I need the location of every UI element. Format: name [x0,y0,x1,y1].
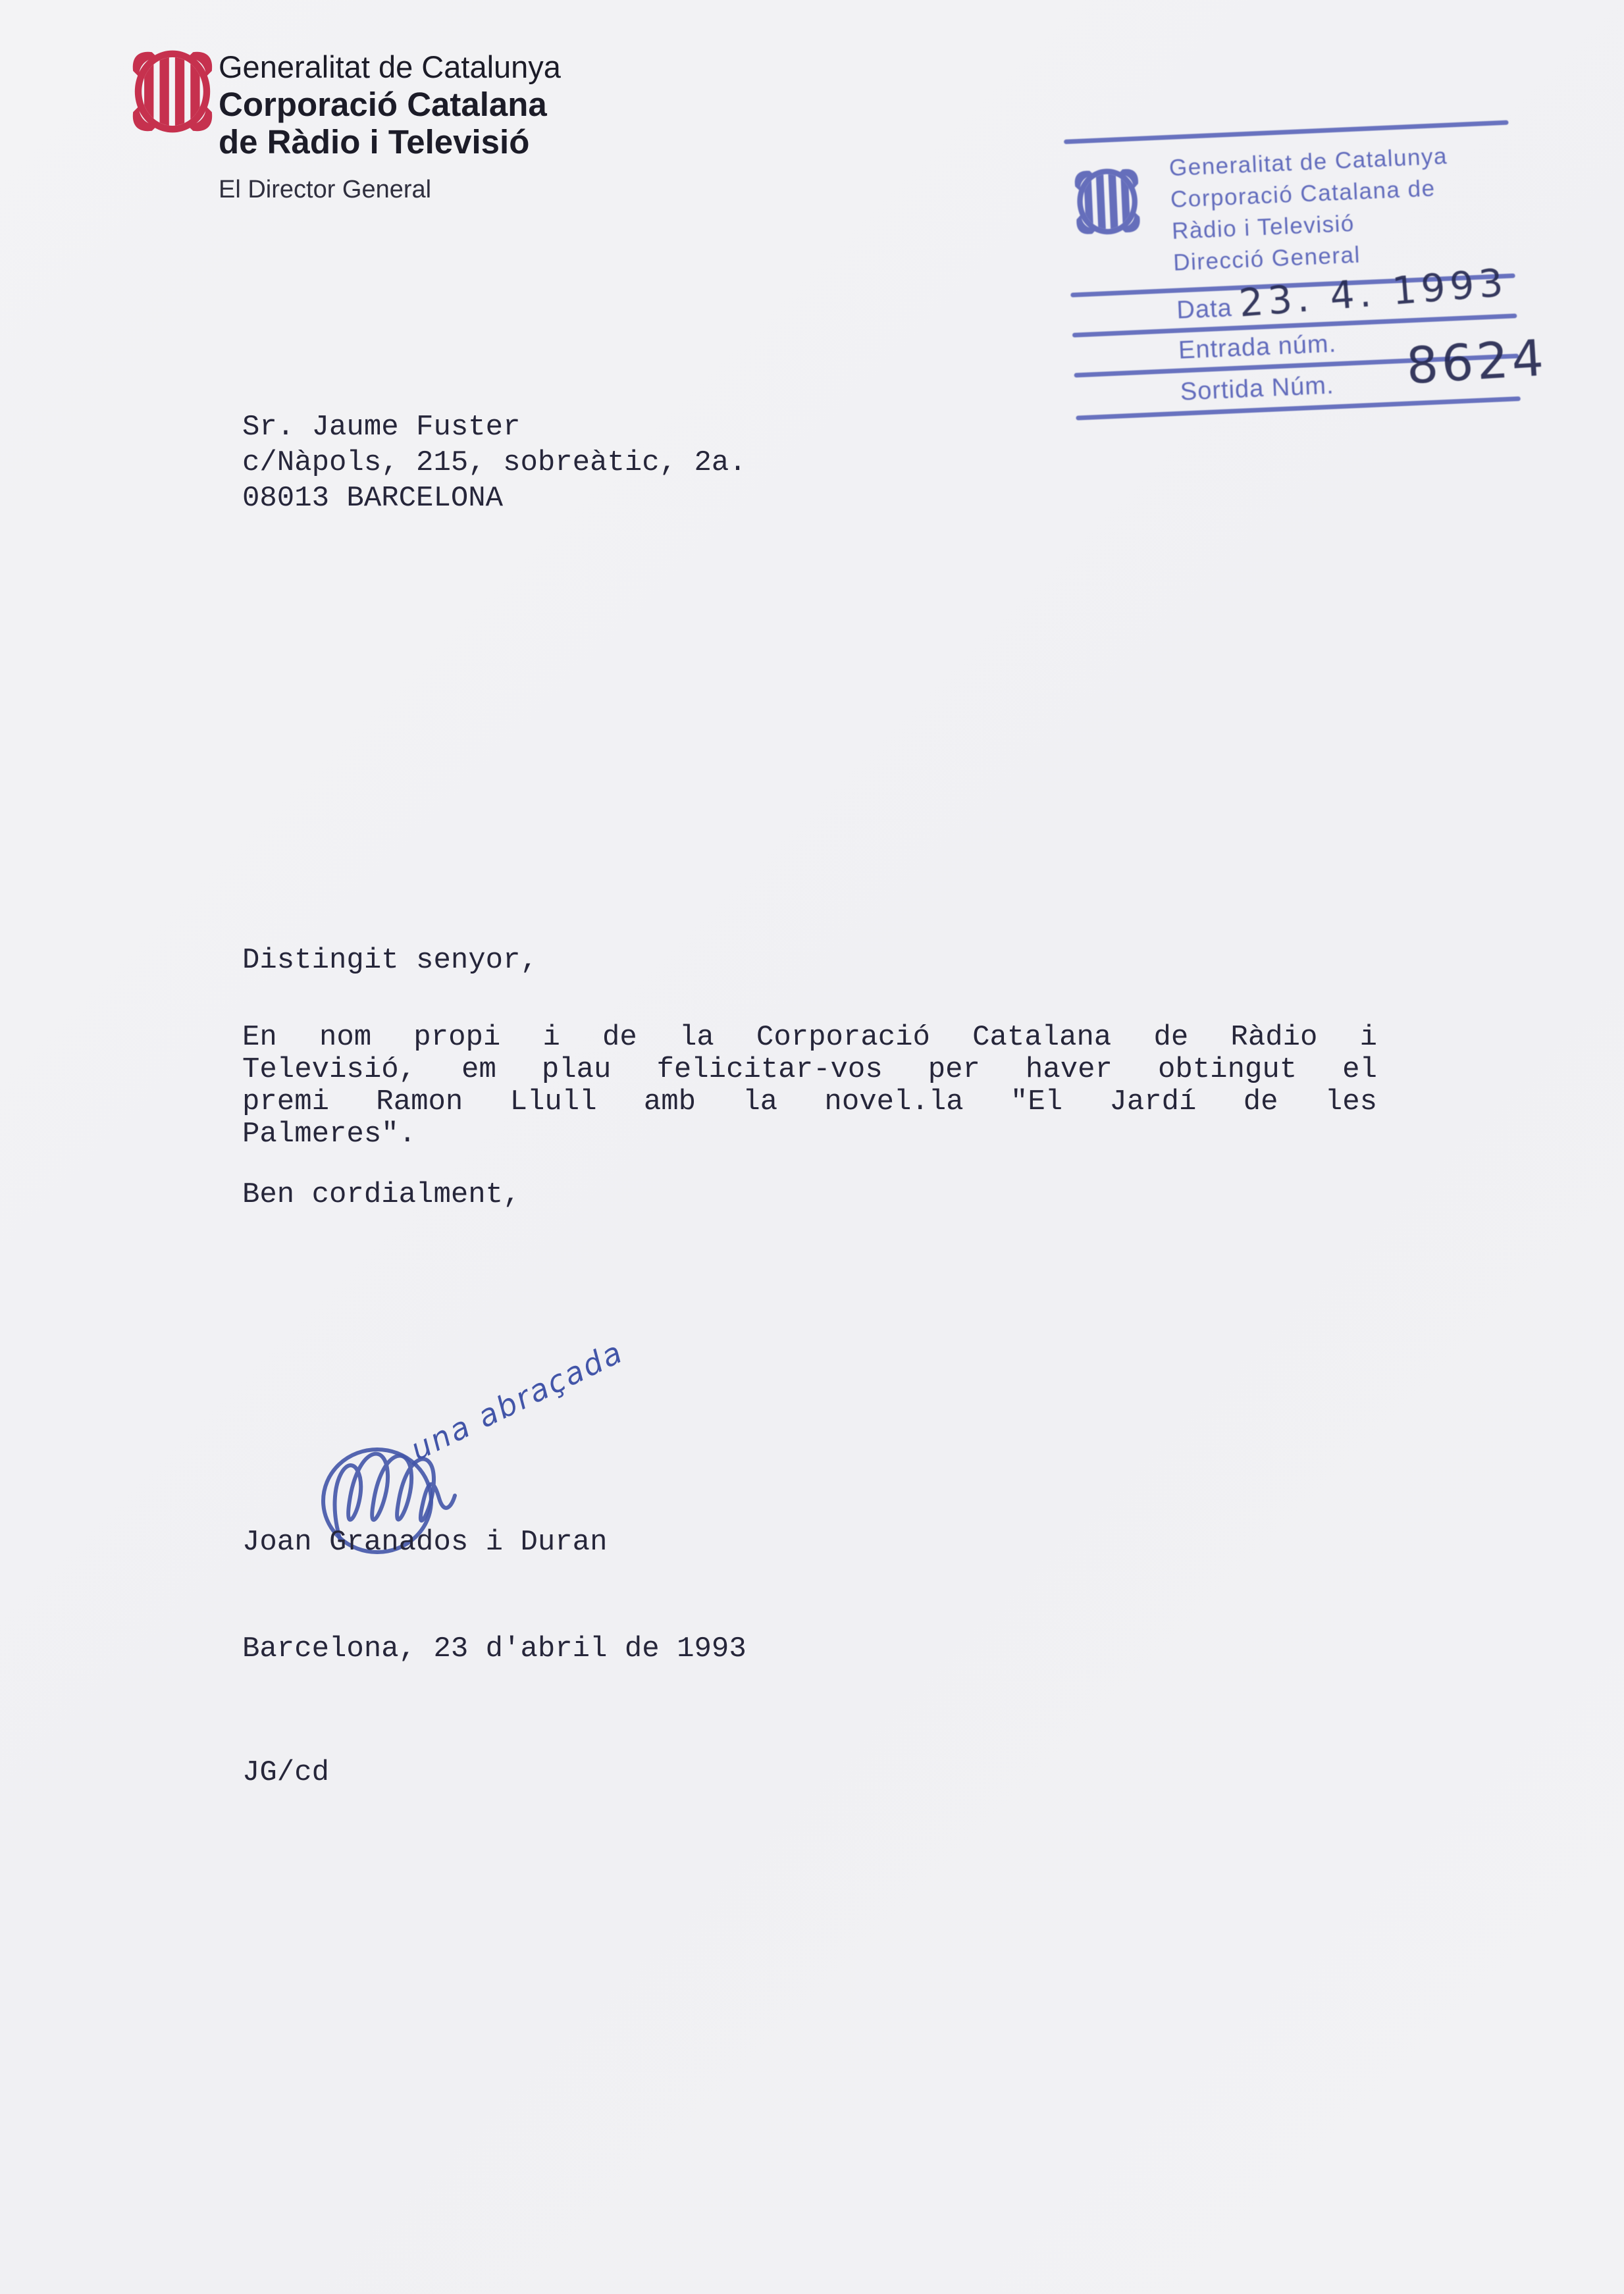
letterhead-sender-title: El Director General [219,175,561,204]
stamp-org-block: Generalitat de Catalunya Corporació Cata… [1168,141,1452,279]
body-line: Palmeres". [242,1118,1377,1151]
letterhead-org-line3: de Ràdio i Televisió [219,123,561,161]
generalitat-senyera-logo-icon [130,48,215,135]
reference-initials: JG/cd [242,1755,329,1790]
stamp-data-label: Data [1176,294,1233,325]
body-line: En nom propi i de la Corporació Catalana… [242,1022,1377,1054]
recipient-address: Sr. Jaume Fuster c/Nàpols, 215, sobreàti… [242,409,747,516]
scanned-letter-document: Generalitat de Catalunya Corporació Cata… [0,0,1624,2294]
recipient-street: c/Nàpols, 215, sobreàtic, 2a. [242,445,747,481]
stamp-sortida-label: Sortida Núm. [1180,371,1334,405]
stamp-senyera-logo-icon [1072,163,1143,240]
body-line: premi Ramon Llull amb la novel.la "El Ja… [242,1086,1377,1118]
letterhead-org-name: Generalitat de Catalunya [219,49,561,86]
letterhead-org-line2: Corporació Catalana [219,86,561,123]
recipient-name: Sr. Jaume Fuster [242,409,747,445]
signer-name: Joan Granados i Duran [242,1525,608,1560]
salutation: Distingit senyor, [242,943,538,978]
registry-stamp: Generalitat de Catalunya Corporació Cata… [1064,120,1521,421]
letterhead: Generalitat de Catalunya Corporació Cata… [219,49,561,204]
place-and-date: Barcelona, 23 d'abril de 1993 [242,1631,747,1667]
handwritten-note: una abraçada [405,1334,629,1467]
body-paragraph: En nom propi i de la Corporació Catalana… [242,1022,1377,1151]
body-line: Televisió, em plau felicitar-vos per hav… [242,1054,1377,1086]
stamp-entrada-label: Entrada núm. [1178,330,1337,364]
recipient-city: 08013 BARCELONA [242,481,747,516]
stamp-sortida-handwritten-value: 8624 [1405,339,1548,386]
closing-formula: Ben cordialment, [242,1177,520,1212]
